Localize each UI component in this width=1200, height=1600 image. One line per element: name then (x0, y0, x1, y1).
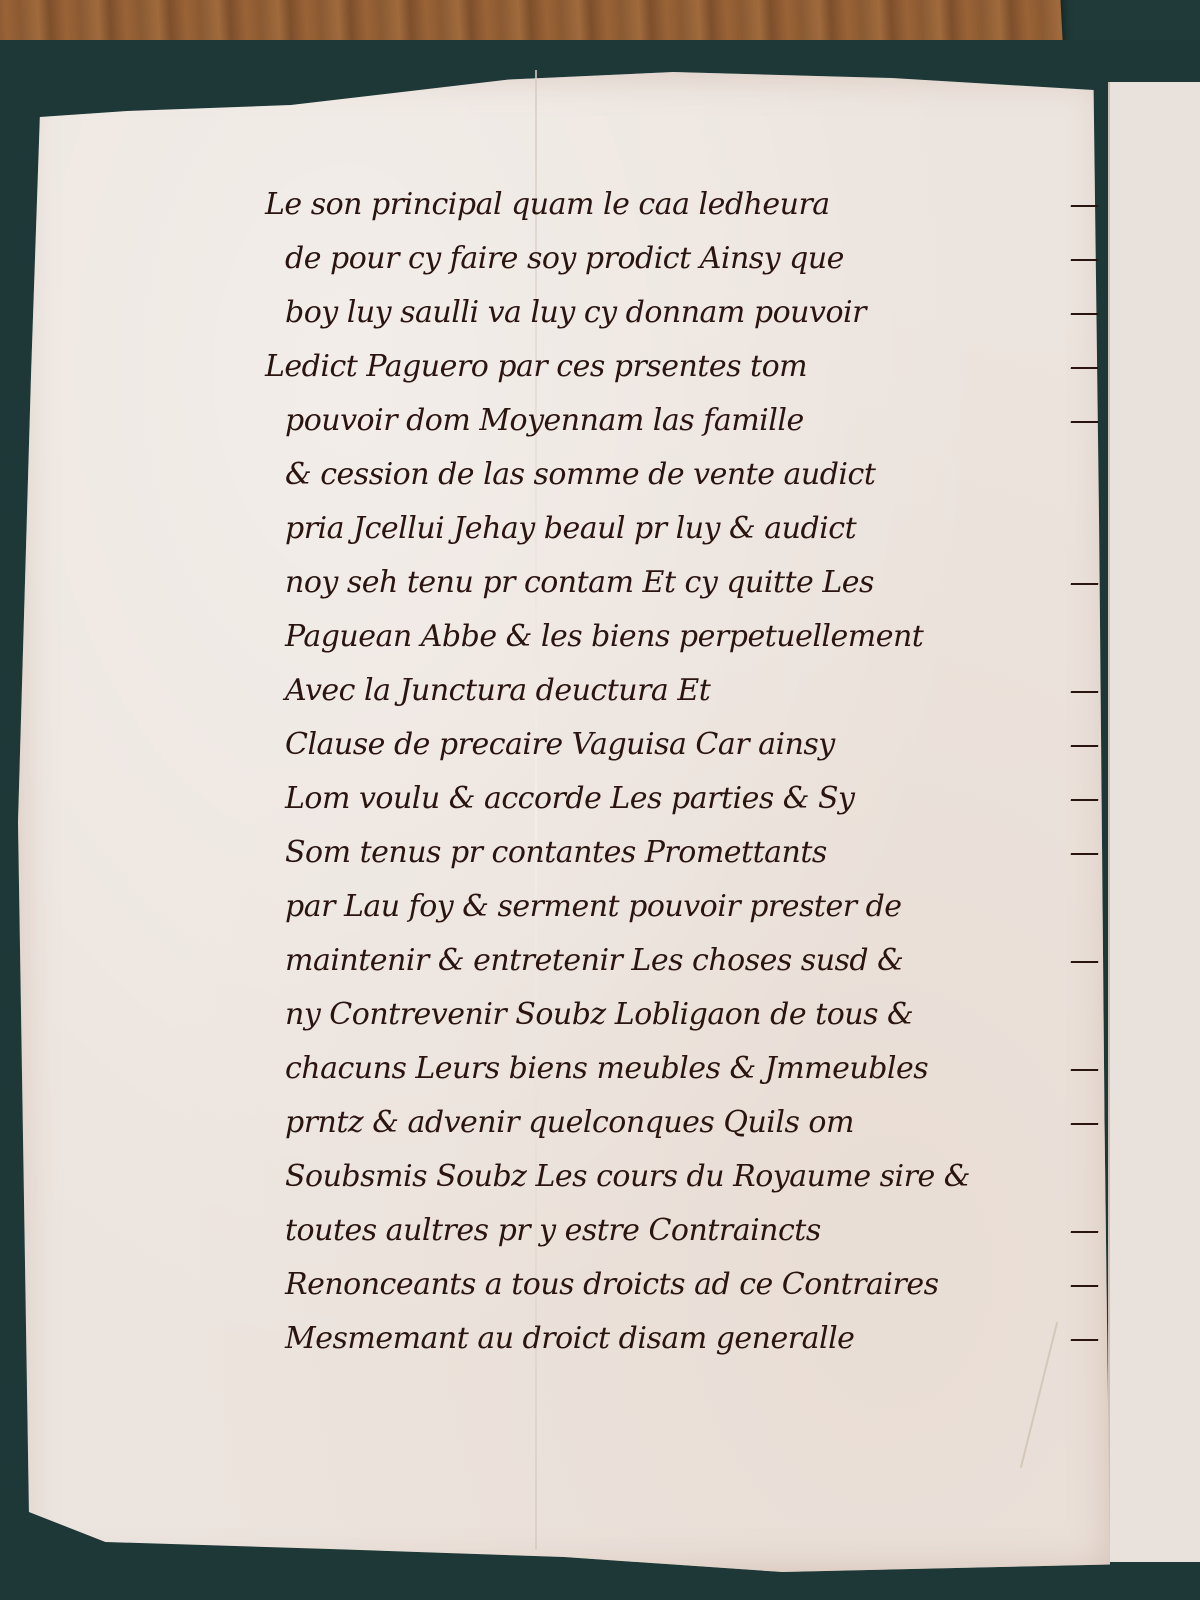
line-end-dash: — (1070, 772, 1100, 826)
line-text: Soubsmis Soubz Les cours du Royaume sire… (285, 1159, 970, 1194)
line-text: Avec la Junctura deuctura Et (285, 673, 710, 708)
manuscript-line: Le son principal quam le caa ledheura— (265, 178, 1105, 232)
line-text: Clause de precaire Vaguisa Car ainsy (285, 727, 835, 762)
manuscript-line: toutes aultres pr y estre Contraincts— (265, 1204, 1105, 1258)
manuscript-line: Som tenus pr contantes Promettants— (265, 826, 1105, 880)
line-end-dash: — (1070, 556, 1100, 610)
line-text: pouvoir dom Moyennam las famille (285, 403, 804, 438)
line-end-dash: — (1070, 718, 1100, 772)
line-end-dash: — (1070, 1258, 1100, 1312)
manuscript-line: Clause de precaire Vaguisa Car ainsy— (265, 718, 1105, 772)
line-text: toutes aultres pr y estre Contraincts (285, 1213, 821, 1248)
manuscript-line: Avec la Junctura deuctura Et— (265, 664, 1105, 718)
line-end-dash: — (1070, 826, 1100, 880)
line-text: Mesmemant au droict disam generalle (285, 1321, 854, 1356)
manuscript-line: de pour cy faire soy prodict Ainsy que— (265, 232, 1105, 286)
manuscript-line: maintenir & entretenir Les choses susd &… (265, 934, 1105, 988)
manuscript-line: pouvoir dom Moyennam las famille— (265, 394, 1105, 448)
line-text: prntz & advenir quelconques Quils om (285, 1105, 854, 1140)
line-text: Le son principal quam le caa ledheura (265, 187, 830, 222)
line-end-dash: — (1070, 1312, 1100, 1366)
manuscript-line: par Lau foy & serment pouvoir prester de (265, 880, 1105, 934)
line-text: Ledict Paguero par ces prsentes tom (265, 349, 807, 384)
line-end-dash: — (1070, 232, 1100, 286)
line-end-dash: — (1070, 934, 1100, 988)
line-end-dash: — (1070, 664, 1100, 718)
manuscript-line: Mesmemant au droict disam generalle— (265, 1312, 1105, 1366)
manuscript-text: Le son principal quam le caa ledheura— d… (265, 178, 1105, 1366)
line-text: pria Jcellui Jehay beaul pr luy & audict (285, 511, 856, 546)
line-end-dash: — (1070, 394, 1100, 448)
manuscript-line: Paguean Abbe & les biens perpetuellement (265, 610, 1105, 664)
line-end-dash: — (1070, 1096, 1100, 1150)
manuscript-line: pria Jcellui Jehay beaul pr luy & audict (265, 502, 1105, 556)
manuscript-line: Renonceants a tous droicts ad ce Contrai… (265, 1258, 1105, 1312)
manuscript-line: noy seh tenu pr contam Et cy quitte Les— (265, 556, 1105, 610)
manuscript-line: Lom voulu & accorde Les parties & Sy— (265, 772, 1105, 826)
manuscript-line: ny Contrevenir Soubz Lobligaon de tous & (265, 988, 1105, 1042)
line-text: & cession de las somme de vente audict (285, 457, 875, 492)
line-text: noy seh tenu pr contam Et cy quitte Les (285, 565, 874, 600)
line-end-dash: — (1070, 178, 1100, 232)
line-text: Paguean Abbe & les biens perpetuellement (285, 619, 923, 654)
line-text: chacuns Leurs biens meubles & Jmmeubles (285, 1051, 928, 1086)
line-text: Lom voulu & accorde Les parties & Sy (285, 781, 855, 816)
line-text: Renonceants a tous droicts ad ce Contrai… (285, 1267, 939, 1302)
manuscript-line: Ledict Paguero par ces prsentes tom— (265, 340, 1105, 394)
line-end-dash: — (1070, 340, 1100, 394)
line-text: ny Contrevenir Soubz Lobligaon de tous & (285, 997, 913, 1032)
line-text: Som tenus pr contantes Promettants (285, 835, 827, 870)
adjacent-page-edge (1108, 82, 1200, 1562)
manuscript-line: & cession de las somme de vente audict (265, 448, 1105, 502)
manuscript-line: Soubsmis Soubz Les cours du Royaume sire… (265, 1150, 1105, 1204)
line-end-dash: — (1070, 1042, 1100, 1096)
line-text: de pour cy faire soy prodict Ainsy que (285, 241, 844, 276)
manuscript-line: prntz & advenir quelconques Quils om— (265, 1096, 1105, 1150)
manuscript-line: boy luy saulli va luy cy donnam pouvoir— (265, 286, 1105, 340)
line-text: maintenir & entretenir Les choses susd & (285, 943, 903, 978)
line-text: boy luy saulli va luy cy donnam pouvoir (285, 295, 866, 330)
manuscript-line: chacuns Leurs biens meubles & Jmmeubles— (265, 1042, 1105, 1096)
line-end-dash: — (1070, 1204, 1100, 1258)
line-end-dash: — (1070, 286, 1100, 340)
line-text: par Lau foy & serment pouvoir prester de (285, 889, 902, 924)
